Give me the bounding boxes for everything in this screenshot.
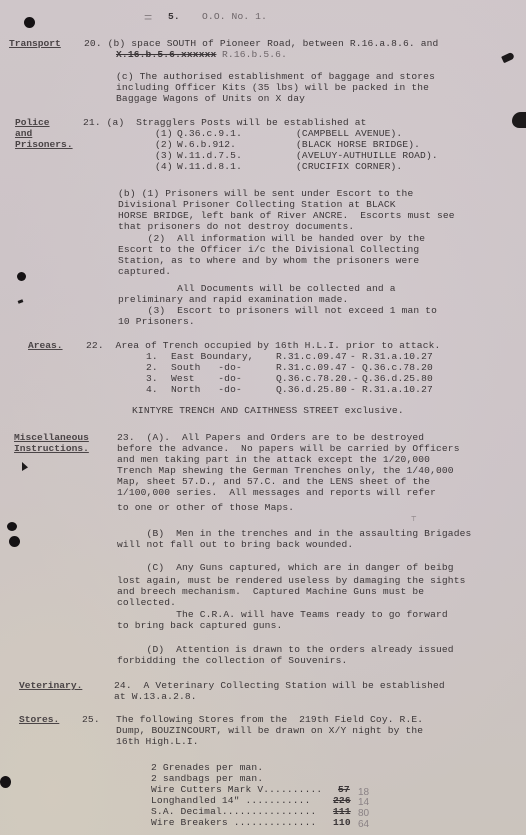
heading-misc-1: Miscellaneous	[14, 432, 89, 443]
boundary-3-to: Q.36.d.25.80	[362, 373, 433, 384]
misc-d-line-2: forbidding the collection of Souvenirs.	[117, 655, 347, 666]
post-1-ref: Q.36.c.9.1.	[177, 128, 242, 139]
store-item-3-qty: 57	[338, 784, 350, 795]
boundary-1-num: 1.	[146, 351, 158, 362]
veterinary-line-2: at W.13.a.2.8.	[114, 691, 197, 702]
post-4-num: (4)	[155, 161, 173, 172]
boundary-3-side: West -do-	[171, 373, 242, 384]
heading-police-2: and	[15, 128, 32, 139]
stores-line-1: The following Stores from the 219th Fiel…	[116, 714, 423, 725]
heading-transport: Transport	[9, 38, 61, 49]
store-item-6-qty: 110	[333, 817, 351, 828]
store-item-1: 2 Grenades per man.	[151, 762, 263, 773]
pencil-mark: =	[144, 9, 152, 25]
boundary-2-to: Q.36.c.78.20	[362, 362, 433, 373]
heading-stores: Stores.	[19, 714, 59, 725]
police-b-line-11: (3) Escort to prisoners will not exceed …	[118, 305, 437, 316]
stores-number: 25.	[82, 714, 100, 725]
boundary-1-side: East Boundary,	[171, 351, 254, 362]
heading-veterinary: Veterinary.	[19, 680, 82, 691]
store-item-4-qty: 226	[333, 795, 351, 806]
order-reference: O.O. No. 1.	[202, 11, 267, 22]
boundary-4-num: 4.	[146, 384, 158, 395]
store-item-5-qty: 111	[333, 806, 351, 817]
transport-line-3: (c) The authorised establishment of bagg…	[116, 71, 435, 82]
misc-c-line-3: and breech mechanism. Captured Machine G…	[117, 586, 424, 597]
misc-a-line-4: Trench Map shewing the German Trenches o…	[117, 465, 454, 476]
police-b-line-9: All Documents will be collected and a	[118, 283, 396, 294]
police-b-line-10: preliminary and rapid examination made.	[118, 294, 348, 305]
punch-hole-top	[24, 17, 35, 28]
police-intro: 21. (a) Stragglers Posts will be establi…	[83, 117, 367, 128]
post-2-place: (BLACK HORSE BRIDGE).	[296, 139, 420, 150]
misc-a-line-6: 1/100,000 series. All messages and repor…	[117, 487, 436, 498]
transport-line-4: including Officer Kits (35 lbs) will be …	[116, 82, 429, 93]
police-b-line-4: that prisoners do not destroy documents.	[118, 221, 354, 232]
boundary-4-side: North -do-	[171, 384, 242, 395]
boundary-1-dash: -	[350, 351, 356, 362]
police-b-line-3: HORSE BRIDGE, left bank of River ANCRE. …	[118, 210, 455, 221]
misc-d-line-1: (D) Attention is drawn to the orders alr…	[117, 644, 454, 655]
punch-hole-left-mid	[17, 272, 26, 281]
misc-a-line-2: before the advance. No papers will be ca…	[117, 443, 460, 454]
areas-note: KINTYRE TRENCH AND CAITHNESS STREET excl…	[132, 405, 404, 416]
punch-hole-bottom	[0, 776, 11, 788]
misc-c-line-6: to bring back captured guns.	[117, 620, 282, 631]
stores-line-3: 16th High.L.I.	[116, 736, 199, 747]
boundary-1-to: R.31.a.10.27	[362, 351, 433, 362]
transport-line-1: 20. (b) space SOUTH of Pioneer Road, bet…	[84, 38, 438, 49]
pencil-caret: ⸆	[411, 513, 417, 528]
store-item-6-label: Wire Breakers ..............	[151, 817, 316, 828]
misc-a-line-1: 23. (A). All Papers and Orders are to be…	[117, 432, 424, 443]
post-4-place: (CRUCIFIX CORNER).	[296, 161, 402, 172]
store-item-5-pencil: 80	[358, 808, 369, 819]
post-3-num: (3)	[155, 150, 173, 161]
boundary-3-num: 3.	[146, 373, 158, 384]
store-item-5-label: S.A. Decimal................	[151, 806, 316, 817]
heading-areas: Areas.	[28, 340, 63, 351]
misc-a-line-7: to one or other of those Maps.	[117, 502, 294, 513]
misc-c-line-5: The C.R.A. will have Teams ready to go f…	[117, 609, 448, 620]
heading-police-1: Police	[15, 117, 50, 128]
misc-a-line-3: and men taking part in the attack except…	[117, 454, 430, 465]
post-1-place: (CAMPBELL AVENUE).	[296, 128, 402, 139]
store-item-2: 2 sandbags per man.	[151, 773, 263, 784]
post-2-num: (2)	[155, 139, 173, 150]
boundary-3-dash: -	[353, 373, 359, 384]
misc-b-line-2: will not fall out to bring back wounded.	[117, 539, 353, 550]
boundary-2-num: 2.	[146, 362, 158, 373]
police-b-line-7: Station, as to where and by whom the pri…	[118, 255, 419, 266]
post-3-ref: W.11.d.7.5.	[177, 150, 242, 161]
transport-line-2: R.16.b.5.6.	[222, 49, 287, 60]
transport-line-5: Baggage Wagons of Units on X day	[116, 93, 305, 104]
police-b-line-2: Divisional Prisoner Collecting Station a…	[118, 199, 396, 210]
misc-a-line-5: Map, sheet 57.D., and 57.C. and the LENS…	[117, 476, 430, 487]
police-b-line-6: Escort to the Officer i/c the Divisional…	[118, 244, 419, 255]
boundary-1-from: R.31.c.09.47	[276, 351, 347, 362]
misc-c-line-4: collected.	[117, 597, 176, 608]
boundary-3-from: Q.36.c.78.20.	[276, 373, 353, 384]
page-number: 5.	[168, 11, 180, 22]
store-item-3-label: Wire Cutters Mark V..........	[151, 784, 322, 795]
veterinary-line-1: 24. A Veterinary Collecting Station will…	[114, 680, 445, 691]
punch-hole-middle-1	[7, 522, 17, 531]
misc-c-line-1: (C) Any Guns captured, which are in dang…	[117, 562, 454, 573]
misc-c-line-2: lost again, must be rendered useless by …	[117, 575, 466, 586]
ink-mark-corner	[512, 112, 526, 128]
police-b-line-5: (2) All information will be handed over …	[118, 233, 425, 244]
post-3-place: (AVELUY-AUTHUILLE ROAD).	[296, 150, 438, 161]
heading-misc-2: Instructions.	[14, 443, 89, 454]
boundary-2-side: South -do-	[171, 362, 242, 373]
boundary-2-from: R.31.c.09.47	[276, 362, 347, 373]
post-4-ref: W.11.d.8.1.	[177, 161, 242, 172]
transport-struck-text: X.16.b.5.6.xxxxxx	[116, 49, 216, 60]
stores-line-2: Dump, BOUZINCOURT, will be drawn on X/Y …	[116, 725, 423, 736]
boundary-4-dash: -	[350, 384, 356, 395]
police-b-line-1: (b) (1) Prisoners will be sent under Esc…	[118, 188, 413, 199]
boundary-4-from: Q.36.d.25.80	[276, 384, 347, 395]
police-b-line-12: 10 Prisoners.	[118, 316, 195, 327]
boundary-4-to: R.31.a.10.27	[362, 384, 433, 395]
misc-b-line-1: (B) Men in the trenches and in the assau…	[117, 528, 471, 539]
heading-police-3: Prisoners.	[15, 139, 73, 150]
areas-intro: 22. Area of Trench occupied by 16th H.L.…	[86, 340, 440, 351]
boundary-2-dash: -	[350, 362, 356, 373]
punch-hole-middle-2	[9, 536, 20, 547]
post-2-ref: W.6.b.912.	[177, 139, 236, 150]
store-item-6-pencil: 64	[358, 819, 369, 830]
store-item-4-pencil: 14	[358, 797, 369, 808]
store-item-4-label: Longhandled 14" ...........	[151, 795, 311, 806]
police-b-line-8: captured.	[118, 266, 171, 277]
post-1-num: (1)	[155, 128, 173, 139]
